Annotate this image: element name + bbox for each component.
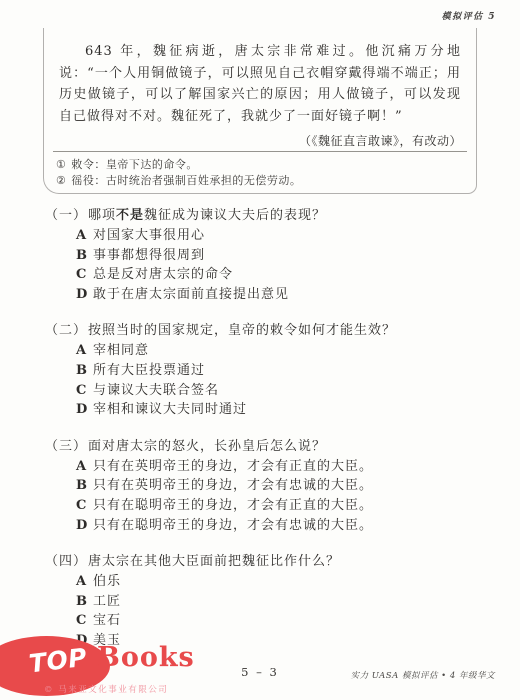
option-letter: B [76, 361, 93, 381]
question-number-label: （一） [45, 208, 87, 223]
footnotes-section: ①敕令：皇帝下达的命令。②徭役：古时统治者强制百姓承担的无偿劳动。 [44, 151, 476, 188]
option-text: 宰相同意 [93, 341, 149, 361]
option-row: A宰相同意 [45, 341, 487, 361]
stem-bold-text: 不是 [116, 208, 144, 223]
footnote-text: 徭役：古时统治者强制百姓承担的无偿劳动。 [71, 173, 301, 189]
footnote-separator [53, 151, 467, 152]
option-letter: C [76, 265, 93, 285]
option-row: C只有在聪明帝王的身边，才会有正直的大臣。 [45, 496, 487, 516]
option-letter: B [76, 246, 93, 266]
option-row: A只有在英明帝王的身边，才会有正直的大臣。 [45, 457, 487, 477]
option-text: 只有在聪明帝王的身边，才会有忠诚的大臣。 [93, 516, 373, 536]
passage-paragraph: 643 年，魏征病逝，唐太宗非常难过。他沉痛万分地说：“一个人用铜做镜子，可以照… [44, 28, 476, 127]
option-text: 工匠 [93, 592, 121, 612]
footnote-marker: ② [56, 173, 66, 189]
option-text: 与谏议大夫联合签名 [93, 381, 219, 401]
exam-page: { "page": { "header_right": "模拟评估 5", "f… [0, 0, 520, 700]
stem-text: 哪项 [88, 208, 116, 223]
question-stem: （一）哪项不是魏征成为谏议大夫后的表现？ [45, 206, 487, 226]
option-row: D敢于在唐太宗面前直接提出意见 [45, 285, 487, 305]
option-text: 宰相和谏议大夫同时通过 [93, 400, 247, 420]
footnote-text: 敕令：皇帝下达的命令。 [71, 157, 198, 173]
option-row: C与谏议大夫联合签名 [45, 381, 487, 401]
question-block: （一）哪项不是魏征成为谏议大夫后的表现？A对国家大事很用心B事事都想得很周到C总… [45, 206, 487, 304]
option-letter: C [76, 496, 93, 516]
option-row: D宰相和谏议大夫同时通过 [45, 400, 487, 420]
option-letter: D [76, 285, 93, 305]
option-row: C宝石 [45, 611, 487, 631]
question-block: （三）面对唐太宗的怒火，长孙皇后怎么说？A只有在英明帝王的身边，才会有正直的大臣… [45, 437, 487, 535]
question-stem: （二）按照当时的国家规定，皇帝的敕令如何才能生效？ [45, 321, 487, 341]
option-letter: A [76, 457, 93, 477]
option-row: A对国家大事很用心 [45, 226, 487, 246]
option-letter: C [76, 381, 93, 401]
question-block: （四）唐太宗在其他大臣面前把魏征比作什么？A伯乐B工匠C宝石D美玉 [45, 552, 487, 650]
option-text: 宝石 [93, 611, 121, 631]
footnote-list: ①敕令：皇帝下达的命令。②徭役：古时统治者强制百姓承担的无偿劳动。 [44, 157, 476, 188]
question-stem: （四）唐太宗在其他大臣面前把魏征比作什么？ [45, 552, 487, 572]
option-text: 所有大臣投票通过 [93, 361, 205, 381]
option-row: C总是反对唐太宗的命令 [45, 265, 487, 285]
question-number-label: （三） [45, 439, 87, 454]
option-row: B所有大臣投票通过 [45, 361, 487, 381]
option-text: 只有在英明帝王的身边，才会有忠诚的大臣。 [93, 476, 373, 496]
footer-edition-label: 实力 UASA 模拟评估 • 4 年级华文 [351, 669, 495, 681]
page-header-label: 模拟评估 5 [442, 9, 496, 22]
footnote-item: ①敕令：皇帝下达的命令。 [44, 157, 476, 173]
option-letter: B [76, 476, 93, 496]
stem-text: 唐太宗在其他大臣面前把魏征比作什么？ [88, 554, 340, 569]
option-row: A伯乐 [45, 572, 487, 592]
option-row: B工匠 [45, 592, 487, 612]
option-text: 总是反对唐太宗的命令 [93, 265, 233, 285]
footnote-item: ②徭役：古时统治者强制百姓承担的无偿劳动。 [44, 173, 476, 189]
option-row: B只有在英明帝王的身边，才会有忠诚的大臣。 [45, 476, 487, 496]
option-text: 伯乐 [93, 572, 121, 592]
option-letter: A [76, 226, 93, 246]
option-text: 敢于在唐太宗面前直接提出意见 [93, 285, 289, 305]
footnote-marker: ① [56, 157, 66, 173]
question-stem: （三）面对唐太宗的怒火，长孙皇后怎么说？ [45, 437, 487, 457]
option-letter: B [76, 592, 93, 612]
publisher-credit: © 马来亚文化事业有限公司 [44, 683, 168, 695]
option-letter: C [76, 611, 93, 631]
option-letter: A [76, 341, 93, 361]
passage-attribution: （《魏征直言敢谏》，有改动） [44, 132, 476, 149]
passage-box: 643 年，魏征病逝，唐太宗非常难过。他沉痛万分地说：“一个人用铜做镜子，可以照… [43, 28, 477, 194]
option-row: D只有在聪明帝王的身边，才会有忠诚的大臣。 [45, 516, 487, 536]
stem-text: 魏征成为谏议大夫后的表现？ [144, 208, 326, 223]
option-text: 事事都想得很周到 [93, 246, 205, 266]
question-number-label: （四） [45, 554, 87, 569]
stem-text: 按照当时的国家规定，皇帝的敕令如何才能生效？ [88, 323, 396, 338]
option-letter: D [76, 400, 93, 420]
question-number-label: （二） [45, 323, 87, 338]
option-letter: A [76, 572, 93, 592]
stem-text: 面对唐太宗的怒火，长孙皇后怎么说？ [88, 439, 326, 454]
question-block: （二）按照当时的国家规定，皇帝的敕令如何才能生效？A宰相同意B所有大臣投票通过C… [45, 321, 487, 419]
option-text: 只有在聪明帝王的身边，才会有正直的大臣。 [93, 496, 373, 516]
option-text: 对国家大事很用心 [93, 226, 205, 246]
option-text: 只有在英明帝王的身边，才会有正直的大臣。 [93, 457, 373, 477]
questions-list: （一）哪项不是魏征成为谏议大夫后的表现？A对国家大事很用心B事事都想得很周到C总… [45, 206, 487, 668]
option-letter: D [76, 516, 93, 536]
option-row: B事事都想得很周到 [45, 246, 487, 266]
